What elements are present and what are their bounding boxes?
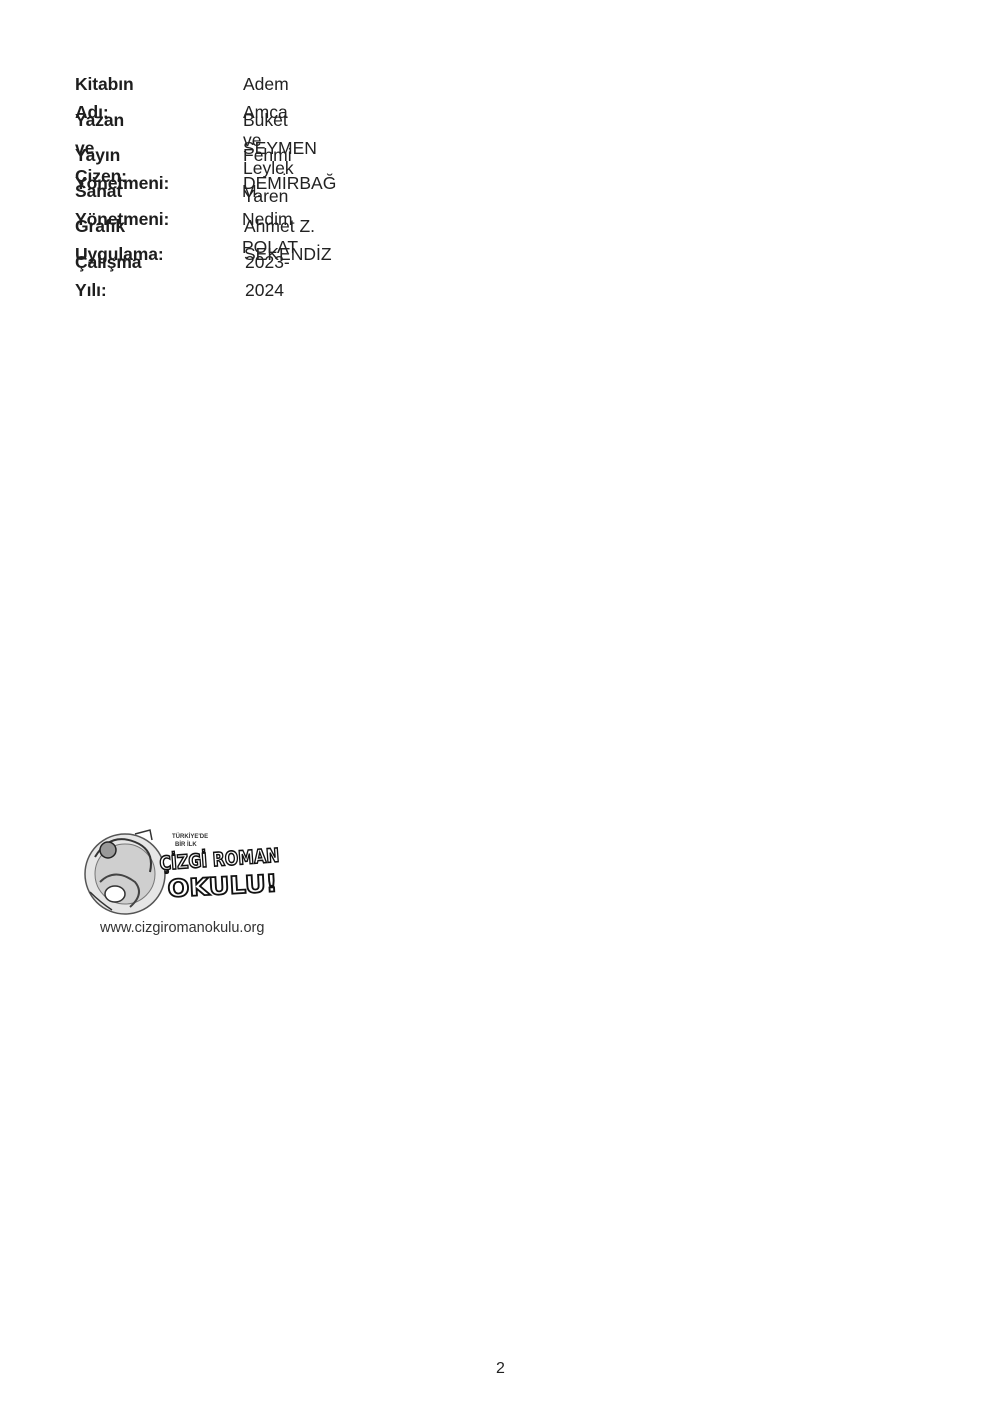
- logo-line2: OKULU!: [167, 869, 278, 903]
- cizgi-roman-okulu-logo: TÜRKİYE'DE BİR İLK ÇİZGİ ROMAN OKULU!: [80, 822, 285, 917]
- credit-label: Çalışma Yılı:: [75, 248, 141, 304]
- website-url: www.cizgiromanokulu.org: [100, 920, 264, 936]
- logo-tagline-bottom: BİR İLK: [175, 841, 197, 848]
- logo-tagline-top: TÜRKİYE'DE: [172, 833, 208, 840]
- page-number: 2: [496, 1360, 505, 1378]
- credit-value: 2023-2024: [245, 248, 290, 304]
